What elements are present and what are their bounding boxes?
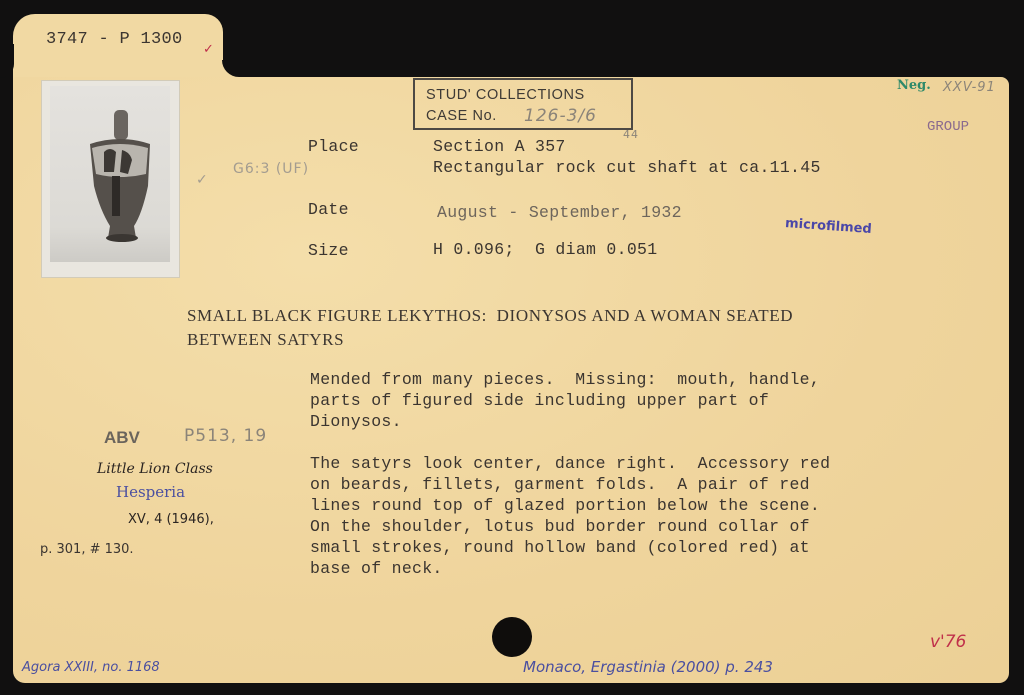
pencil-note-44: 44 (623, 128, 639, 141)
monaco-reference: Monaco, Ergastinia (2000) p. 243 (523, 658, 773, 676)
class-note: Little Lion Class (97, 461, 213, 477)
size-label: Size (308, 241, 349, 260)
lekythos-icon (50, 86, 170, 262)
object-title-line-2: BETWEEN SATYRS (187, 330, 344, 350)
date-value: August - September, 1932 (437, 203, 682, 222)
tab-check-mark: ✓ (203, 42, 214, 57)
description-line-5: small strokes, round hollow band (colore… (310, 538, 810, 557)
hesperia-volume: XV, 4 (1946), (128, 512, 214, 527)
tab-corner-left (0, 44, 14, 78)
condition-line-2: parts of figured side including upper pa… (310, 391, 769, 410)
place-line-1: Section A 357 (433, 137, 566, 156)
inventory-number: 3747 - P 1300 (46, 30, 183, 49)
date-label: Date (308, 200, 349, 219)
condition-line-1: Mended from many pieces. Missing: mouth,… (310, 370, 820, 389)
grid-location-note: G6:3 (UF) (233, 161, 309, 177)
case-number: 126-3/6 (524, 106, 597, 126)
abv-label: ABV (104, 428, 140, 448)
description-line-6: base of neck. (310, 559, 443, 578)
hesperia-stamp: Hesperia (116, 483, 185, 501)
margin-check-mark: ✓ (196, 172, 209, 188)
punch-hole (492, 617, 532, 657)
object-photo[interactable] (50, 86, 170, 262)
description-line-2: on beards, fillets, garment folds. A pai… (310, 475, 810, 494)
description-line-4: On the shoulder, lotus bud border round … (310, 517, 810, 536)
case-label: CASE No. (426, 108, 497, 124)
place-label: Place (308, 137, 359, 156)
abv-reference: P513, 19 (184, 426, 267, 446)
neg-number: XXV-91 (943, 80, 996, 95)
red-note: v'76 (930, 632, 966, 652)
tab-corner-right (222, 60, 252, 77)
condition-line-3: Dionysos. (310, 412, 402, 431)
place-line-2: Rectangular rock cut shaft at ca.11.45 (433, 158, 821, 177)
description-line-3: lines round top of glazed portion below … (310, 496, 820, 515)
stamp-title: STUD' COLLECTIONS (426, 87, 585, 103)
object-title-line-1: SMALL BLACK FIGURE LEKYTHOS: DIONYSOS AN… (187, 306, 793, 326)
hesperia-page: p. 301, # 130. (40, 542, 134, 557)
agora-reference: Agora XXIII, no. 1168 (22, 660, 160, 675)
group-label: GROUP (927, 119, 969, 135)
description-line-1: The satyrs look center, dance right. Acc… (310, 454, 830, 473)
size-value: H 0.096; G diam 0.051 (433, 240, 657, 259)
neg-stamp: Neg. (897, 78, 931, 93)
